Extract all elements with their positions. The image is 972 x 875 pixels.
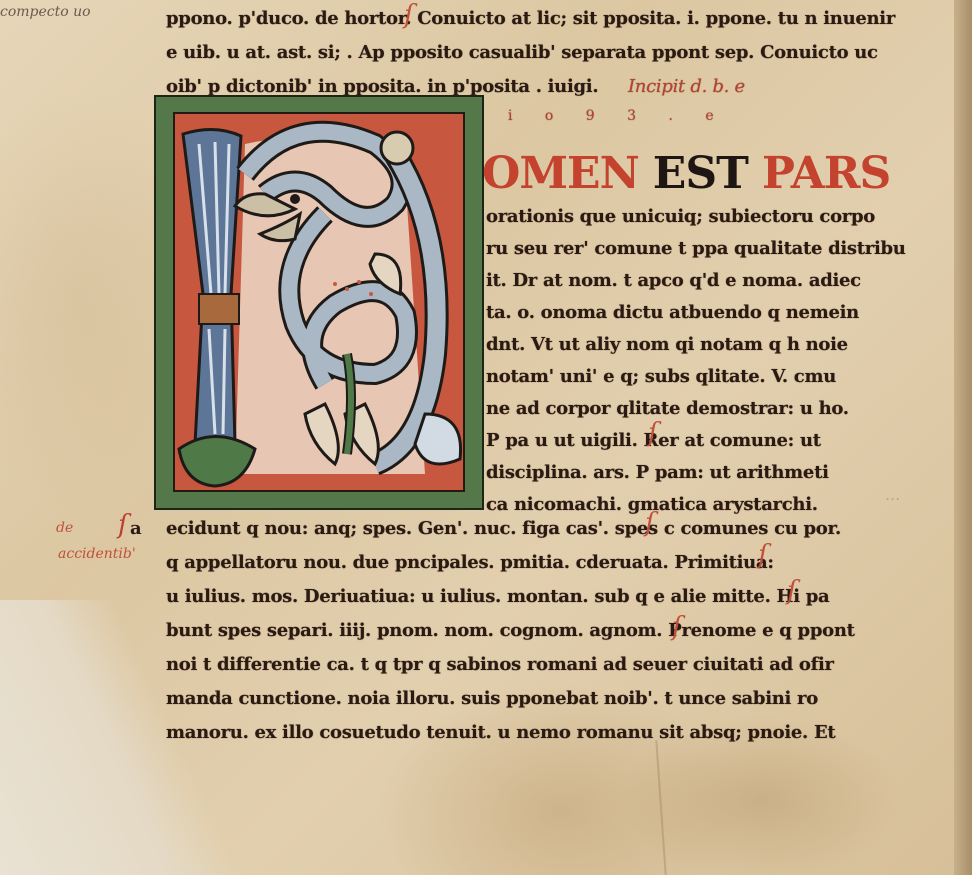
paragraph-mark: ſ (787, 576, 797, 606)
text-line: ne ad corpor qlitate demostrar: u ho. (486, 398, 849, 419)
text-line: e uib. u at. ast. si; . Ap pposito casua… (166, 42, 878, 63)
text-line: dnt. Vt ut aliy nom qi notam q h noie (486, 334, 848, 355)
dragon-initial-n-icon (175, 114, 465, 492)
margin-note-top-left: compecto uo (0, 4, 91, 20)
text-line: bunt spes separi. iiij. pnom. nom. cogno… (166, 620, 855, 641)
text-line: ta. o. onoma dictu atbuendo q nemein (486, 302, 859, 323)
margin-note-accidentibus: accidentib' (58, 546, 136, 562)
heading-word-omen: OMEN (482, 148, 639, 199)
text-line: orationis que unicuiq; subiectoru corpo (486, 206, 875, 227)
text-line: noi t differentie ca. t q tpr q sabinos … (166, 654, 834, 675)
parchment-crease (655, 740, 666, 875)
show-through-text (560, 108, 565, 127)
text-line: notam' uni' e q; subs qlitate. V. cmu (486, 366, 836, 387)
text-line: q appellatoru nou. due pncipales. pmitia… (166, 552, 774, 573)
paragraph-mark: ſ (645, 508, 655, 538)
paragraph-mark: ſ (648, 418, 658, 448)
paragraph-mark: ſ (758, 540, 768, 570)
initial-red-ground (173, 112, 465, 492)
illuminated-initial (154, 95, 484, 510)
text-line: u iulius. mos. Deriuatiua: u iulius. mon… (166, 586, 829, 607)
page-edge (954, 0, 972, 875)
text-line: disciplina. ars. P pam: ut arithmeti (486, 462, 829, 483)
text-line: it. Dr at nom. t apco q'd e noma. adiec (486, 270, 861, 291)
text-line: manda cunctione. noia illoru. suis ppone… (166, 688, 818, 709)
rubric-second-line: i o 9 3 . e (508, 108, 728, 124)
margin-note-de: de (56, 520, 73, 536)
text-line: manoru. ex illo cosuetudo tenuit. u nemo… (166, 722, 835, 743)
text-line: oib' p dictonib' in pposita. in p'posita… (166, 76, 598, 97)
faded-margin-note: ... (885, 485, 900, 504)
text-line: ppono. p'duco. de hortor. Conuicto at li… (166, 8, 895, 29)
display-heading: OMENESTPARS (482, 148, 890, 199)
margin-capital: a (130, 518, 142, 539)
paragraph-mark: ſ (672, 612, 682, 642)
heading-word-pars: PARS (762, 148, 890, 199)
margin-paragraph-mark: ſ (118, 510, 128, 540)
text-line: ecidunt q nou: anq; spes. Gen'. nuc. fig… (166, 518, 841, 539)
paragraph-mark: ſ (404, 0, 414, 30)
heading-word-est: EST (653, 148, 748, 199)
rubric-incipit: Incipit d. b. e (628, 76, 745, 97)
text-line: ru seu rer' comune t ppa qualitate distr… (486, 238, 906, 259)
